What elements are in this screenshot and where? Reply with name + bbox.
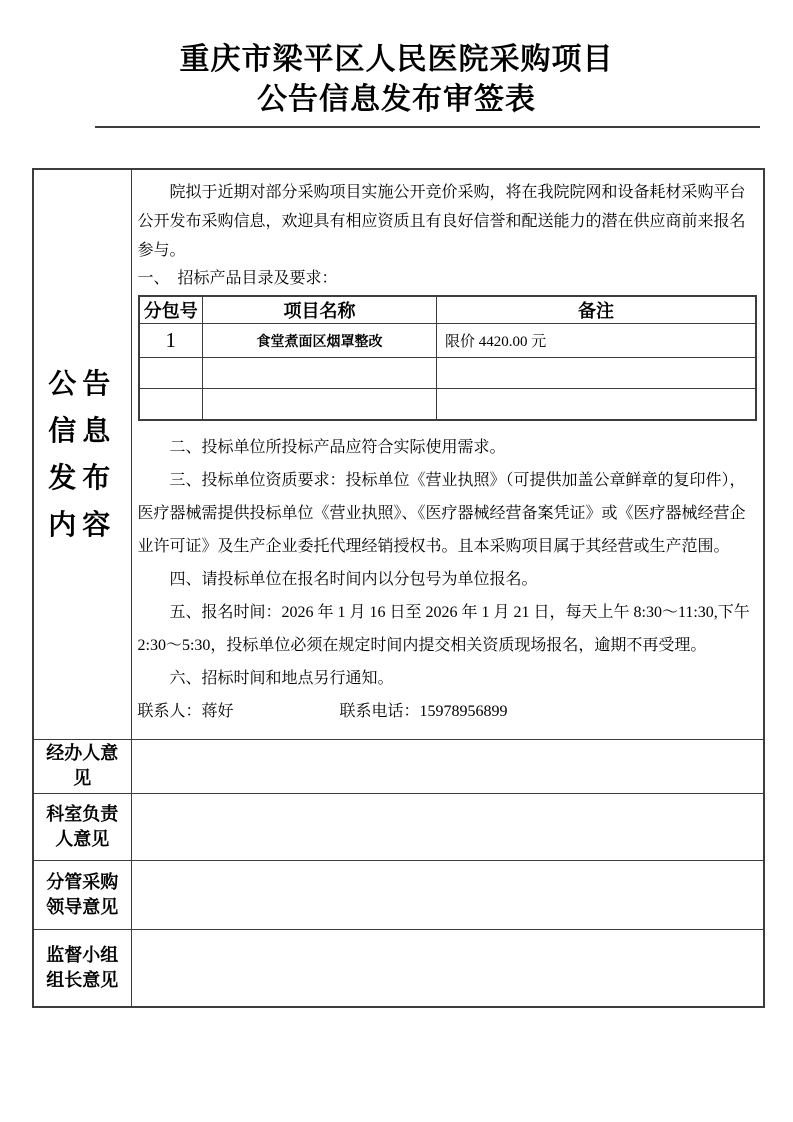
procurement-leader-opinion-value-cell (131, 860, 764, 929)
approval-row-supervision-group: 监督小组组长意见 (33, 929, 764, 1007)
handler-opinion-label: 经办人意见 (40, 741, 124, 791)
cell-package-no (139, 358, 203, 389)
cell-project-name (203, 389, 437, 420)
announcement-content-label: 公告信息发布内容 (45, 360, 119, 548)
cell-remark (437, 358, 757, 389)
supervision-group-opinion-label: 监督小组组长意见 (40, 943, 124, 993)
handler-opinion-label-cell: 经办人意见 (33, 739, 131, 793)
document-title: 重庆市梁平区人民医院采购项目 公告信息发布审签表 (0, 40, 793, 120)
contact-person: 联系人：蒋好 (138, 703, 234, 720)
title-line-2: 公告信息发布审签表 (0, 80, 793, 120)
approval-row-handler: 经办人意见 (33, 739, 764, 793)
col-header-project-name: 项目名称 (203, 296, 437, 324)
paragraph-6: 六、招标时间和地点另行通知。 (138, 662, 758, 695)
cell-package-no (139, 389, 203, 420)
product-table-header-row: 分包号 项目名称 备注 (139, 296, 757, 324)
paragraph-3: 三、投标单位资质要求：投标单位《营业执照》（可提供加盖公章鲜章的复印件），医疗器… (138, 464, 758, 563)
paragraph-5: 五、报名时间：2026 年 1 月 16 日至 2026 年 1 月 21 日，… (138, 596, 758, 662)
title-underline (95, 126, 760, 128)
contact-phone: 联系电话：15978956899 (340, 703, 508, 720)
cell-project-name: 食堂煮面区烟罩整改 (203, 324, 437, 358)
product-table: 分包号 项目名称 备注 1 食堂煮面区烟罩整改 限价 4420.00 元 (138, 295, 758, 421)
procurement-leader-opinion-label: 分管采购领导意见 (40, 870, 124, 920)
contact-line: 联系人：蒋好联系电话：15978956899 (138, 695, 758, 728)
department-head-opinion-label-cell: 科室负责人意见 (33, 793, 131, 860)
section1-heading: 一、 招标产品目录及要求： (138, 265, 758, 293)
department-head-opinion-label: 科室负责人意见 (40, 802, 124, 852)
approval-row-department-head: 科室负责人意见 (33, 793, 764, 860)
product-table-row-1: 1 食堂煮面区烟罩整改 限价 4420.00 元 (139, 324, 757, 358)
title-line-1: 重庆市梁平区人民医院采购项目 (0, 40, 793, 80)
supervision-group-opinion-label-cell: 监督小组组长意见 (33, 929, 131, 1007)
col-header-remark: 备注 (437, 296, 757, 324)
col-header-package-no: 分包号 (139, 296, 203, 324)
cell-remark (437, 389, 757, 420)
announcement-content-label-cell: 公告信息发布内容 (33, 169, 131, 739)
intro-paragraph: 院拟于近期对部分采购项目实施公开竞价采购，将在我院院网和设备耗材采购平台公开发布… (138, 178, 758, 265)
procurement-leader-opinion-label-cell: 分管采购领导意见 (33, 860, 131, 929)
cell-remark: 限价 4420.00 元 (437, 324, 757, 358)
product-table-empty-row (139, 358, 757, 389)
cell-project-name (203, 358, 437, 389)
document-page: 重庆市梁平区人民医院采购项目 公告信息发布审签表 公告信息发布内容 院拟于近期对… (0, 0, 793, 1122)
announcement-content-cell: 院拟于近期对部分采购项目实施公开竞价采购，将在我院院网和设备耗材采购平台公开发布… (131, 169, 764, 739)
handler-opinion-value-cell (131, 739, 764, 793)
department-head-opinion-value-cell (131, 793, 764, 860)
cell-package-no: 1 (139, 324, 203, 358)
approval-row-procurement-leader: 分管采购领导意见 (33, 860, 764, 929)
paragraph-4: 四、请投标单位在报名时间内以分包号为单位报名。 (138, 563, 758, 596)
paragraph-2: 二、投标单位所投标产品应符合实际使用需求。 (138, 431, 758, 464)
announcement-content-row: 公告信息发布内容 院拟于近期对部分采购项目实施公开竞价采购，将在我院院网和设备耗… (33, 169, 764, 739)
product-table-empty-row (139, 389, 757, 420)
supervision-group-opinion-value-cell (131, 929, 764, 1007)
signoff-form-table: 公告信息发布内容 院拟于近期对部分采购项目实施公开竞价采购，将在我院院网和设备耗… (32, 168, 765, 1008)
